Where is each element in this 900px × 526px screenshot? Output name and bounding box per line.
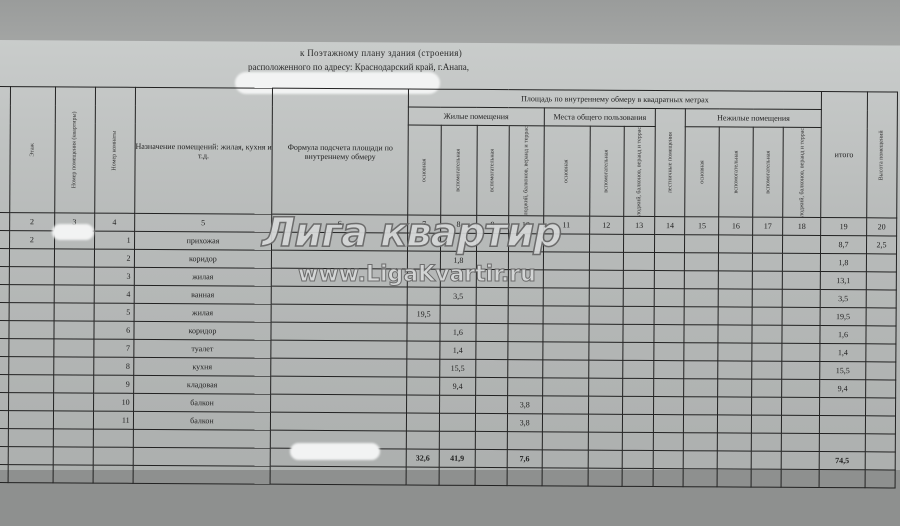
cell-formula [271, 322, 407, 341]
cell-room-no: 7 [94, 339, 134, 357]
cell-c13 [623, 288, 655, 306]
cell-empty [542, 450, 588, 468]
cell-c18 [782, 325, 820, 343]
total-c8: 41,9 [439, 449, 475, 467]
cell-c14 [655, 307, 685, 325]
cell-c7 [406, 413, 439, 431]
cell-c16 [719, 253, 753, 271]
cell-c18 [782, 343, 820, 361]
cell-floor [9, 357, 54, 375]
cell-room-no: 5 [94, 303, 134, 321]
cell-c8 [440, 305, 476, 323]
cell-c17 [752, 325, 782, 343]
cell-c9 [475, 378, 507, 396]
header-c18: лоджий, балконов, веранд и террас [783, 127, 821, 217]
cell-c8 [439, 413, 475, 431]
cell-c10 [507, 432, 542, 450]
column-number: 16 [719, 217, 753, 235]
cell-c15 [684, 379, 718, 397]
cell-empty [93, 447, 133, 465]
cell-room-no: 6 [94, 321, 134, 339]
cell-room-no: 3 [94, 267, 134, 285]
cell-c13 [623, 306, 655, 324]
cell-height [866, 290, 896, 308]
cell-c16 [719, 271, 753, 289]
cell-room-name: коридор [134, 249, 272, 268]
header-living-group: Жилые помещения [408, 107, 544, 126]
cell-empty [270, 466, 406, 485]
cell-formula [271, 358, 407, 377]
header-c10: лоджий, балконов, веранд и террас [508, 126, 543, 216]
cell-empty [507, 468, 542, 486]
column-number [0, 213, 10, 231]
cell-c9 [475, 396, 507, 414]
cell-empty [0, 303, 9, 321]
watermark-url: www.LigaKvartir.ru [298, 262, 536, 287]
cell-c13 [622, 324, 654, 342]
header-c17: вспомогательная [753, 127, 783, 217]
cell-empty [475, 449, 507, 467]
total-sum: 74,5 [819, 452, 865, 470]
cell-c15 [685, 271, 719, 289]
cell-c9 [476, 306, 508, 324]
cell-formula [271, 340, 407, 359]
cell-c14 [654, 379, 684, 397]
cell-floor [8, 393, 53, 411]
cell-empty [0, 249, 9, 267]
cell-c7 [407, 395, 440, 413]
cell-c12 [589, 288, 623, 306]
cell-c17 [752, 397, 782, 415]
cell-empty [865, 470, 895, 488]
cell-c16 [718, 325, 752, 343]
cell-c12 [588, 342, 622, 360]
cell-apt-no [53, 393, 93, 411]
cell-c12 [589, 234, 623, 252]
cell-empty [53, 447, 93, 465]
cell-empty [439, 467, 475, 485]
header-c8: вспомогательная [441, 125, 477, 215]
cell-room-no [93, 429, 133, 447]
cell-c11 [542, 396, 588, 414]
cell-c17 [752, 361, 782, 379]
cell-c13 [623, 234, 655, 252]
header-floor: Этаж [10, 87, 56, 213]
cell-floor [9, 321, 54, 339]
cell-c17 [752, 343, 782, 361]
cell-floor [8, 429, 53, 447]
cell-floor [9, 339, 54, 357]
cell-c9 [476, 360, 508, 378]
cell-room-name: коридор [134, 321, 272, 340]
cell-c16 [718, 415, 752, 433]
cell-room-name: жилая [134, 303, 272, 322]
cell-c11 [543, 324, 589, 342]
cell-c13 [622, 396, 654, 414]
cell-c7 [406, 431, 439, 449]
header-total: итого [821, 92, 868, 218]
cell-empty [133, 447, 271, 466]
column-number: 18 [783, 217, 821, 235]
cell-height [866, 308, 896, 326]
cell-empty [53, 465, 93, 483]
header-c7: основная [408, 125, 441, 215]
cell-apt-no [53, 411, 93, 429]
total-c7: 32,6 [406, 449, 439, 467]
cell-c10 [508, 360, 543, 378]
cell-c8: 1,6 [440, 323, 476, 341]
cell-c7: 19,5 [407, 305, 440, 323]
cell-total: 9,4 [820, 380, 866, 398]
header-c12: вспомогательная [589, 126, 623, 216]
column-number: 19 [821, 218, 867, 236]
cell-c10 [508, 306, 543, 324]
cell-total: 1,8 [820, 254, 866, 272]
cell-total: 1,6 [820, 326, 866, 344]
cell-c15 [684, 307, 718, 325]
cell-height [865, 398, 895, 416]
cell-c16 [718, 397, 752, 415]
cell-c14 [654, 361, 684, 379]
cell-height [865, 434, 895, 452]
cell-c18 [782, 253, 820, 271]
cell-c7 [407, 377, 440, 395]
header-formula: Формула подсчета площади по внутреннему … [272, 88, 408, 215]
column-number: 17 [753, 217, 783, 235]
cell-c13 [622, 378, 654, 396]
cell-c12 [588, 432, 622, 450]
header-nonresidential-group: Нежилые помещения [686, 109, 822, 128]
cell-room-no: 1 [94, 231, 134, 249]
cell-c10: 3,8 [507, 414, 542, 432]
cell-room-name: кладовая [133, 375, 271, 394]
cell-empty [654, 469, 684, 487]
cell-empty [751, 469, 781, 487]
cell-c18 [781, 433, 819, 451]
cell-empty [0, 339, 9, 357]
cell-floor [9, 267, 54, 285]
cell-c9 [475, 432, 507, 450]
cell-total: 1,4 [820, 344, 866, 362]
cell-c7 [407, 341, 440, 359]
cell-c14 [655, 289, 685, 307]
cell-formula [271, 394, 407, 413]
watermark-title: Лига квартир [262, 210, 561, 256]
cell-room-no: 11 [93, 411, 133, 429]
cell-height [865, 416, 895, 434]
cell-c14 [655, 253, 685, 271]
cell-empty [0, 465, 8, 483]
cell-c14 [654, 343, 684, 361]
cell-height [866, 326, 896, 344]
cell-room-name: туалет [133, 339, 271, 358]
header-c15: основная [685, 127, 719, 217]
cell-height [866, 380, 896, 398]
cell-c18 [782, 307, 820, 325]
cell-c8 [439, 395, 475, 413]
cell-c17 [752, 379, 782, 397]
cell-c9 [476, 324, 508, 342]
cell-total: 13,1 [820, 272, 866, 290]
cell-total [819, 416, 865, 434]
cell-height [866, 362, 896, 380]
cell-empty [8, 447, 53, 465]
cell-c8: 3,5 [440, 287, 476, 305]
cell-c13 [623, 270, 655, 288]
cell-c14 [655, 235, 685, 253]
cell-c16 [718, 289, 752, 307]
cell-room-no: 10 [93, 393, 133, 411]
cell-c17 [752, 415, 782, 433]
cell-c18 [783, 235, 821, 253]
cell-c11 [542, 414, 588, 432]
cell-c17 [751, 433, 781, 451]
cell-floor [9, 285, 54, 303]
header-room-no: Номер комнаты [94, 87, 135, 213]
cell-apt-no [53, 375, 93, 393]
cell-room-name: балкон [133, 411, 271, 430]
cell-height [866, 272, 896, 290]
total-c10: 7,6 [507, 450, 542, 468]
cell-c15 [685, 253, 719, 271]
column-number: 20 [867, 218, 897, 236]
cell-c12 [589, 270, 623, 288]
cell-c8: 1,4 [440, 341, 476, 359]
cell-c12 [588, 360, 622, 378]
cell-c15 [684, 433, 718, 451]
cell-c15 [684, 415, 718, 433]
column-number: 4 [94, 213, 134, 231]
cell-room-name: ванная [134, 285, 272, 304]
cell-empty [0, 393, 9, 411]
cell-c13 [622, 360, 654, 378]
cell-c17 [753, 253, 783, 271]
cell-empty [622, 468, 654, 486]
cell-total [820, 398, 866, 416]
redacted-apt-number [52, 224, 94, 240]
cell-c11 [543, 342, 589, 360]
cell-floor [9, 375, 54, 393]
cell-floor [8, 411, 53, 429]
cell-floor [9, 249, 54, 267]
cell-c8: 9,4 [440, 377, 476, 395]
cell-c8: 15,5 [440, 359, 476, 377]
cell-empty [751, 451, 781, 469]
cell-empty [475, 467, 507, 485]
cell-apt-no [54, 285, 94, 303]
column-number: 12 [589, 216, 623, 234]
cell-c13 [622, 414, 654, 432]
cell-c13 [622, 432, 654, 450]
cell-c11 [543, 306, 589, 324]
cell-c11 [542, 378, 588, 396]
cell-room-no: 4 [94, 285, 134, 303]
cell-floor [9, 303, 54, 321]
cell-empty [588, 450, 622, 468]
cell-c14 [654, 433, 684, 451]
cell-room-no: 8 [93, 357, 133, 375]
cell-empty [717, 451, 751, 469]
cell-c18 [782, 289, 820, 307]
cell-c8 [439, 431, 475, 449]
cell-total [819, 434, 865, 452]
cell-empty [93, 465, 133, 483]
column-number: 15 [685, 217, 719, 235]
cell-apt-no [54, 303, 94, 321]
cell-c18 [782, 415, 820, 433]
cell-empty [406, 467, 439, 485]
header-c9: вспомогательная [477, 125, 509, 215]
cell-empty [819, 470, 865, 488]
cell-c16 [718, 361, 752, 379]
cell-c7 [407, 323, 440, 341]
cell-c17 [752, 307, 782, 325]
heading-line-2: расположенного по адресу: Краснодарский … [248, 62, 469, 72]
cell-formula [271, 376, 407, 395]
cell-room-name: кухня [133, 357, 271, 376]
redacted-total-label [290, 443, 380, 460]
cell-empty [0, 321, 9, 339]
cell-empty [781, 451, 819, 469]
cell-c9 [475, 414, 507, 432]
cell-empty [0, 375, 9, 393]
column-number: 2 [10, 213, 55, 231]
cell-empty [684, 451, 718, 469]
cell-empty [865, 452, 895, 470]
column-number: 5 [134, 213, 272, 232]
cell-apt-no [54, 249, 94, 267]
cell-room-name: прихожая [134, 231, 272, 250]
header-c11: основная [543, 126, 589, 216]
cell-room-name: жилая [134, 267, 272, 286]
cell-c9 [476, 288, 508, 306]
header-room-name: Назначение помещений: жилая, кухня и т.д… [134, 87, 272, 214]
cell-c16 [718, 307, 752, 325]
cell-formula [271, 412, 407, 431]
cell-c16 [718, 433, 752, 451]
cell-room-no: 2 [94, 249, 134, 267]
cell-apt-no [54, 321, 94, 339]
header-c16: вспомогательная [719, 127, 753, 217]
column-number: 13 [623, 216, 655, 234]
cell-apt-no [54, 339, 94, 357]
cell-c12 [588, 396, 622, 414]
cell-c18 [782, 361, 820, 379]
cell-c17 [752, 271, 782, 289]
cell-room-name [133, 429, 271, 448]
cell-c15 [684, 325, 718, 343]
cell-empty [717, 469, 751, 487]
cell-c16 [718, 379, 752, 397]
cell-c14 [654, 415, 684, 433]
cell-c12 [589, 252, 623, 270]
cell-apt-no [54, 267, 94, 285]
cell-empty [588, 468, 622, 486]
cell-total: 19,5 [820, 308, 866, 326]
header-c14: лестничные помещения [655, 109, 686, 217]
cell-c11 [542, 432, 588, 450]
cell-floor: 2 [9, 231, 54, 249]
cell-room-no: 9 [93, 375, 133, 393]
cell-c7 [407, 359, 440, 377]
cell-c15 [684, 343, 718, 361]
heading-line-1: к Поэтажному плану здания (строения) [300, 48, 462, 58]
cell-c15 [684, 397, 718, 415]
cell-c16 [719, 235, 753, 253]
cell-empty [0, 231, 10, 249]
cell-c10 [508, 288, 543, 306]
cell-c18 [782, 397, 820, 415]
cell-empty [542, 468, 588, 486]
cell-c16 [718, 343, 752, 361]
cell-c12 [589, 324, 623, 342]
cell-room-name: балкон [133, 393, 271, 412]
cell-c12 [589, 306, 623, 324]
cell-empty [0, 285, 9, 303]
cell-c11 [543, 270, 589, 288]
header-c13: лоджий, балконов, веранд и террас [623, 126, 655, 216]
column-number: 14 [655, 217, 685, 235]
cell-empty [0, 267, 9, 285]
cell-c17 [753, 235, 783, 253]
cell-empty [8, 465, 53, 483]
header-height: Высота помещений [867, 92, 898, 218]
cell-c13 [623, 252, 655, 270]
cell-c12 [588, 414, 622, 432]
header-apt-no: Номер помещения (квартиры) [55, 87, 96, 213]
cell-c10 [507, 378, 542, 396]
cell-total: 8,7 [821, 236, 867, 254]
cell-empty [0, 411, 8, 429]
cell-formula [271, 304, 407, 323]
cell-empty [0, 429, 8, 447]
cell-empty [654, 451, 684, 469]
cell-formula [271, 286, 407, 305]
cell-height: 2,5 [866, 236, 896, 254]
cell-c14 [655, 271, 685, 289]
cell-empty [0, 357, 9, 375]
cell-height [866, 344, 896, 362]
explication-table: Этаж Номер помещения (квартиры) Номер ко… [0, 86, 898, 489]
cell-c15 [684, 361, 718, 379]
cell-c10: 3,8 [507, 396, 542, 414]
cell-empty [622, 450, 654, 468]
cell-c17 [752, 289, 782, 307]
cell-c9 [476, 342, 508, 360]
cell-empty [781, 469, 819, 487]
cell-height [866, 254, 896, 272]
cell-c15 [685, 235, 719, 253]
cell-empty [0, 447, 8, 465]
cell-c13 [622, 342, 654, 360]
cell-c15 [685, 289, 719, 307]
cell-c18 [782, 271, 820, 289]
cell-c14 [654, 397, 684, 415]
cell-c10 [508, 342, 543, 360]
cell-c10 [508, 324, 543, 342]
header-common-group: Места общего пользования [544, 108, 656, 127]
cell-c11 [542, 360, 588, 378]
cell-apt-no [54, 357, 94, 375]
cell-c14 [654, 325, 684, 343]
cell-c11 [543, 288, 589, 306]
cell-empty [133, 465, 271, 484]
cell-total: 3,5 [820, 290, 866, 308]
cell-total: 15,5 [820, 362, 866, 380]
cell-apt-no [53, 429, 93, 447]
cell-c12 [588, 378, 622, 396]
cell-empty [683, 469, 717, 487]
